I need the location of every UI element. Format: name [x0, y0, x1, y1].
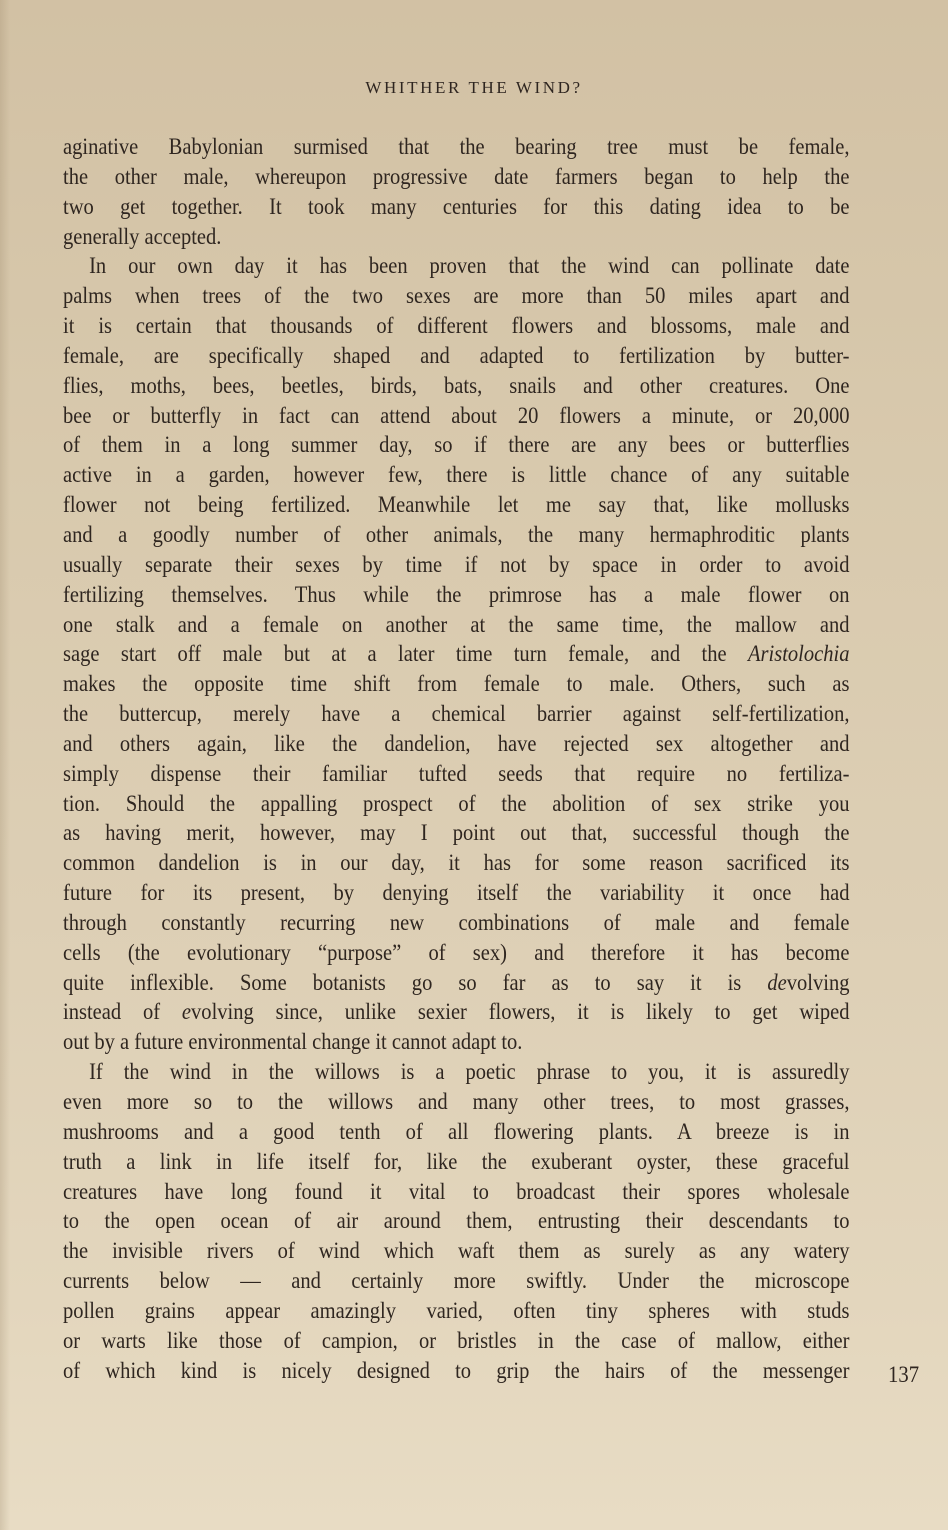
text-line: bee or butterfly in fact can attend abou…: [63, 402, 849, 432]
text-line: aginative Babylonian surmised that the b…: [63, 133, 849, 163]
book-page: Whither the Wind? aginative Babylonian s…: [0, 0, 948, 1530]
text-line: as having merit, however, may I point ou…: [63, 819, 849, 849]
text-line: instead of evolving since, unlike sexier…: [63, 998, 849, 1028]
text-line: and a goodly number of other animals, th…: [63, 521, 849, 551]
text-line: of which kind is nicely designed to grip…: [63, 1357, 849, 1387]
text-line: it is certain that thousands of differen…: [63, 312, 849, 342]
text-line: the invisible rivers of wind which waft …: [63, 1237, 849, 1267]
text-fragment: volving since, unlike sexier flowers, it…: [191, 999, 849, 1025]
text-line: active in a garden, however few, there i…: [63, 461, 849, 491]
text-line: female, are specifically shaped and adap…: [63, 342, 849, 372]
text-line: generally accepted.: [63, 223, 849, 253]
text-line: the buttercup, merely have a chemical ba…: [63, 700, 849, 730]
paragraph-start-line: If the wind in the willows is a poetic p…: [63, 1058, 849, 1088]
text-line: flower not being fertilized. Meanwhile l…: [63, 491, 849, 521]
text-line: tion. Should the appalling prospect of t…: [63, 790, 849, 820]
text-line: sage start off male but at a later time …: [63, 640, 849, 670]
text-line: palms when trees of the two sexes are mo…: [63, 282, 849, 312]
text-fragment: instead of: [63, 999, 182, 1025]
text-line: out by a future environmental change it …: [63, 1028, 849, 1058]
page-number: 137: [888, 1362, 919, 1388]
text-line: quite inflexible. Some botanists go so f…: [63, 969, 849, 999]
page-gutter-shadow: [0, 0, 10, 1530]
paragraph-start-line: In our own day it has been proven that t…: [63, 252, 849, 282]
text-line: one stalk and a female on another at the…: [63, 611, 849, 641]
text-line: flies, moths, bees, beetles, birds, bats…: [63, 372, 849, 402]
text-line: cells (the evolutionary “purpose” of sex…: [63, 939, 849, 969]
italic-prefix: e: [182, 999, 191, 1025]
text-fragment: sage start off male but at a later time …: [63, 641, 748, 667]
text-line: even more so to the willows and many oth…: [63, 1088, 849, 1118]
text-line: two get together. It took many centuries…: [63, 193, 849, 223]
text-line: and others again, like the dandelion, ha…: [63, 730, 849, 760]
text-line: of them in a long summer day, so if ther…: [63, 431, 849, 461]
text-line: simply dispense their familiar tufted se…: [63, 760, 849, 790]
text-line: through constantly recurring new combina…: [63, 909, 849, 939]
text-line: future for its present, by denying itsel…: [63, 879, 849, 909]
text-line: pollen grains appear amazingly varied, o…: [63, 1297, 849, 1327]
italic-term: Aristolochia: [748, 641, 849, 667]
text-line: currents below — and certainly more swif…: [63, 1267, 849, 1297]
text-line: common dandelion is in our day, it has f…: [63, 849, 849, 879]
text-fragment: quite inflexible. Some botanists go so f…: [63, 970, 767, 996]
text-line: fertilizing themselves. Thus while the p…: [63, 581, 849, 611]
text-line: truth a link in life itself for, like th…: [63, 1148, 849, 1178]
running-head: Whither the Wind?: [0, 78, 948, 98]
text-line: the other male, whereupon progressive da…: [63, 163, 849, 193]
text-line: mushrooms and a good tenth of all flower…: [63, 1118, 849, 1148]
body-text: aginative Babylonian surmised that the b…: [63, 133, 850, 1386]
text-fragment: volving: [787, 970, 850, 996]
text-line: creatures have long found it vital to br…: [63, 1178, 849, 1208]
text-line: makes the opposite time shift from femal…: [63, 670, 849, 700]
italic-prefix: de: [767, 970, 786, 996]
text-line: or warts like those of campion, or brist…: [63, 1327, 849, 1357]
text-line: usually separate their sexes by time if …: [63, 551, 849, 581]
text-line: to the open ocean of air around them, en…: [63, 1207, 849, 1237]
